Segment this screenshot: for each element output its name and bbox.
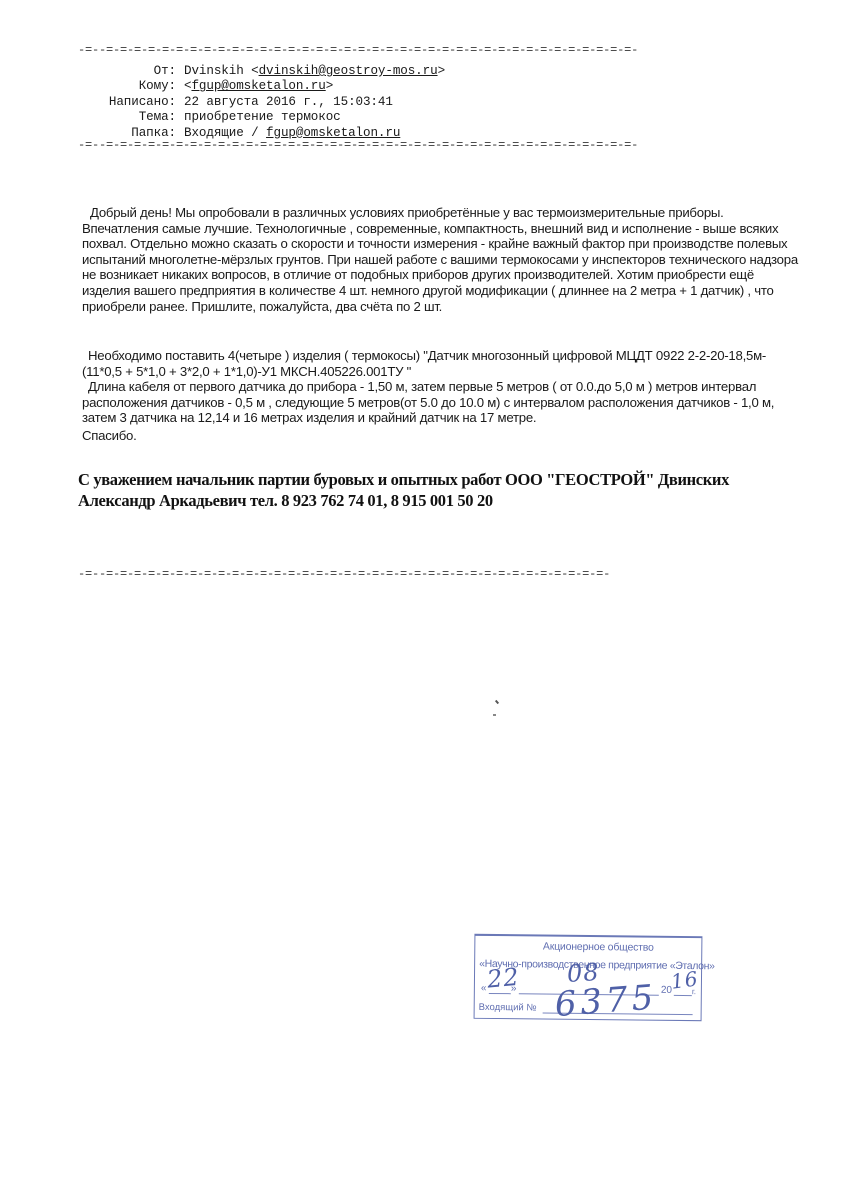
from-name: Dvinskih < <box>184 64 259 78</box>
stamp-date-open-quote: « <box>481 983 487 994</box>
subject-value: приобретение термокос <box>176 110 341 125</box>
signature: С уважением начальник партии буровых и о… <box>78 469 808 511</box>
header-subject-row: Тема: приобретение термокос <box>78 110 445 125</box>
to-label: Кому: <box>78 79 176 94</box>
email-header: От: Dvinskih <dvinskih@geostroy-mos.ru> … <box>78 64 445 141</box>
header-separator-bottom: -=--=-=-=-=-=-=-=-=-=-=-=-=-=-=-=-=-=-=-… <box>78 138 638 152</box>
body-paragraph-order: Необходимо поставить 4(четыре ) изделия … <box>82 348 802 444</box>
scan-speck <box>493 714 496 716</box>
date-label: Написано: <box>78 95 176 110</box>
header-separator-top: -=--=-=-=-=-=-=-=-=-=-=-=-=-=-=-=-=-=-=-… <box>78 43 638 57</box>
handwritten-incoming-number: 6375 <box>553 977 658 1025</box>
to-email-link[interactable]: fgup@omsketalon.ru <box>191 79 325 93</box>
stamp-incoming-label: Входящий № <box>479 1002 537 1014</box>
to-value: <fgup@omsketalon.ru> <box>176 79 333 94</box>
incoming-stamp: Акционерное общество «Научно-производств… <box>474 934 703 1021</box>
thanks-text: Спасибо. <box>82 428 802 444</box>
from-value: Dvinskih <dvinskih@geostroy-mos.ru> <box>176 64 445 79</box>
body-paragraph-greeting: Добрый день! Мы опробовали в различных у… <box>82 205 802 314</box>
from-suffix: > <box>438 64 445 78</box>
subject-label: Тема: <box>78 110 176 125</box>
from-email-link[interactable]: dvinskih@geostroy-mos.ru <box>259 64 438 78</box>
order-product-spec: Необходимо поставить 4(четыре ) изделия … <box>82 348 802 379</box>
stamp-year-line <box>674 995 692 996</box>
handwritten-year: 16 <box>670 966 700 993</box>
stamp-company-type: Акционерное общество <box>475 940 701 954</box>
header-from-row: От: Dvinskih <dvinskih@geostroy-mos.ru> <box>78 64 445 79</box>
date-value: 22 августа 2016 г., 15:03:41 <box>176 95 393 110</box>
handwritten-day: 22 <box>486 963 521 994</box>
from-label: От: <box>78 64 176 79</box>
scan-speck <box>495 700 499 704</box>
order-cable-spec: Длина кабеля от первого датчика до прибо… <box>82 379 802 426</box>
header-date-row: Написано: 22 августа 2016 г., 15:03:41 <box>78 95 445 110</box>
to-suffix: > <box>326 79 333 93</box>
stamp-year-prefix: 20 <box>661 985 672 996</box>
footer-separator: -=--=-=-=-=-=-=-=-=-=-=-=-=-=-=-=-=-=-=-… <box>78 567 610 581</box>
header-to-row: Кому: <fgup@omsketalon.ru> <box>78 79 445 94</box>
